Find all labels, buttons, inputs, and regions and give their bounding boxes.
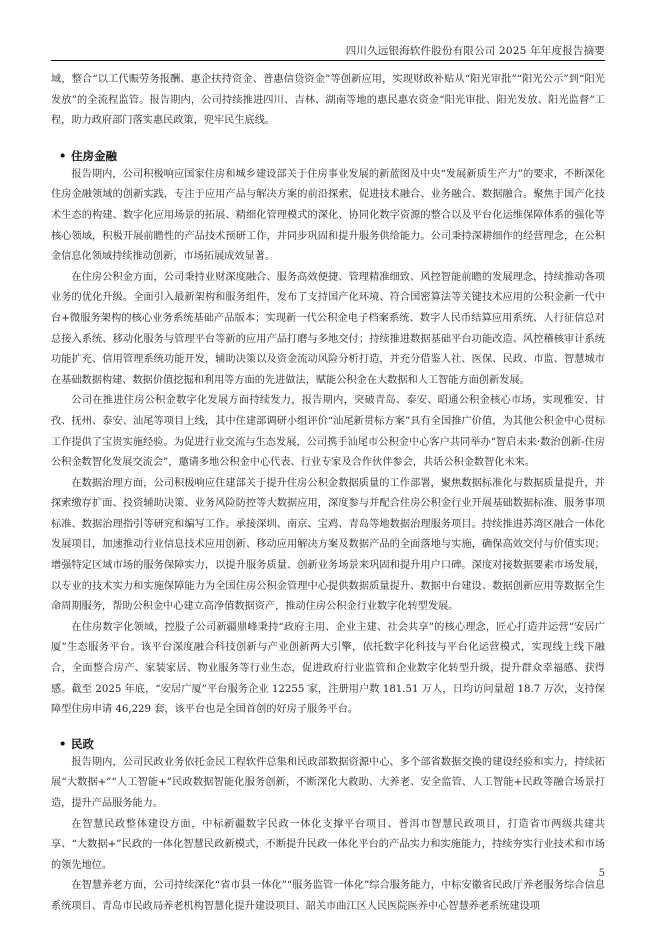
- intro-paragraph: 域，整合“以工代赈劳务报酬、惠企扶持资金、普惠信贷资金”等创新应用，实现财政补贴…: [51, 70, 605, 132]
- paragraph: 在智慧养老方面，公司持续深化“省市县一体化”“服务监管一体化”综合服务能力，中标…: [51, 876, 605, 917]
- paragraph: 在智慧民政整体建设方面，中标新疆数字民政一体化支撑平台项目、普洱市智慧民政项目，…: [51, 815, 605, 877]
- paragraph: 报告期内，公司积极响应国家住房和城乡建设部关于住房事业发展的新蓝图及中央“发展新…: [51, 165, 605, 268]
- bullet-icon: •: [59, 147, 71, 165]
- paragraph: 报告期内，公司民政业务依托金民工程软件总集和民政部数据资源中心、多个部省数据交换…: [51, 753, 605, 815]
- page-header: 四川久远银海软件股份有限公司 2025 年年度报告摘要: [51, 44, 605, 61]
- document-body: 域，整合“以工代赈劳务报酬、惠企扶持资金、普惠信贷资金”等创新应用，实现财政补贴…: [51, 70, 605, 918]
- section-heading: •住房金融: [51, 147, 605, 165]
- paragraph: 在数据治理方面，公司积极响应住建部关于提升住房公积金数据质量的工作部署，聚焦数据…: [51, 474, 605, 618]
- section-civil-affairs: •民政 报告期内，公司民政业务依托金民工程软件总集和民政部数据资源中心、多个部省…: [51, 735, 605, 918]
- bullet-icon: •: [59, 735, 71, 753]
- section-housing-finance: •住房金融 报告期内，公司积极响应国家住房和城乡建设部关于住房事业发展的新蓝图及…: [51, 147, 605, 721]
- section-title: 民政: [71, 737, 94, 751]
- paragraph: 在住房公积金方面，公司秉持业财深度融合、服务高效便捷、管理精准细致、风控智能前瞻…: [51, 268, 605, 392]
- section-title: 住房金融: [71, 149, 117, 163]
- report-title: 四川久远银海软件股份有限公司 2025 年年度报告摘要: [346, 45, 605, 57]
- section-spacer: [51, 721, 605, 735]
- paragraph: 在住房数字化领域，控股子公司新疆鼎峰秉持“政府主用、企业主建、社会共享”的核心理…: [51, 618, 605, 721]
- section-heading: •民政: [51, 735, 605, 753]
- paragraph: 公司在推进住房公积金数字化发展方面持续发力，报告期内，突破青岛、泰安、昭通公积金…: [51, 391, 605, 473]
- page-number: 5: [599, 868, 605, 879]
